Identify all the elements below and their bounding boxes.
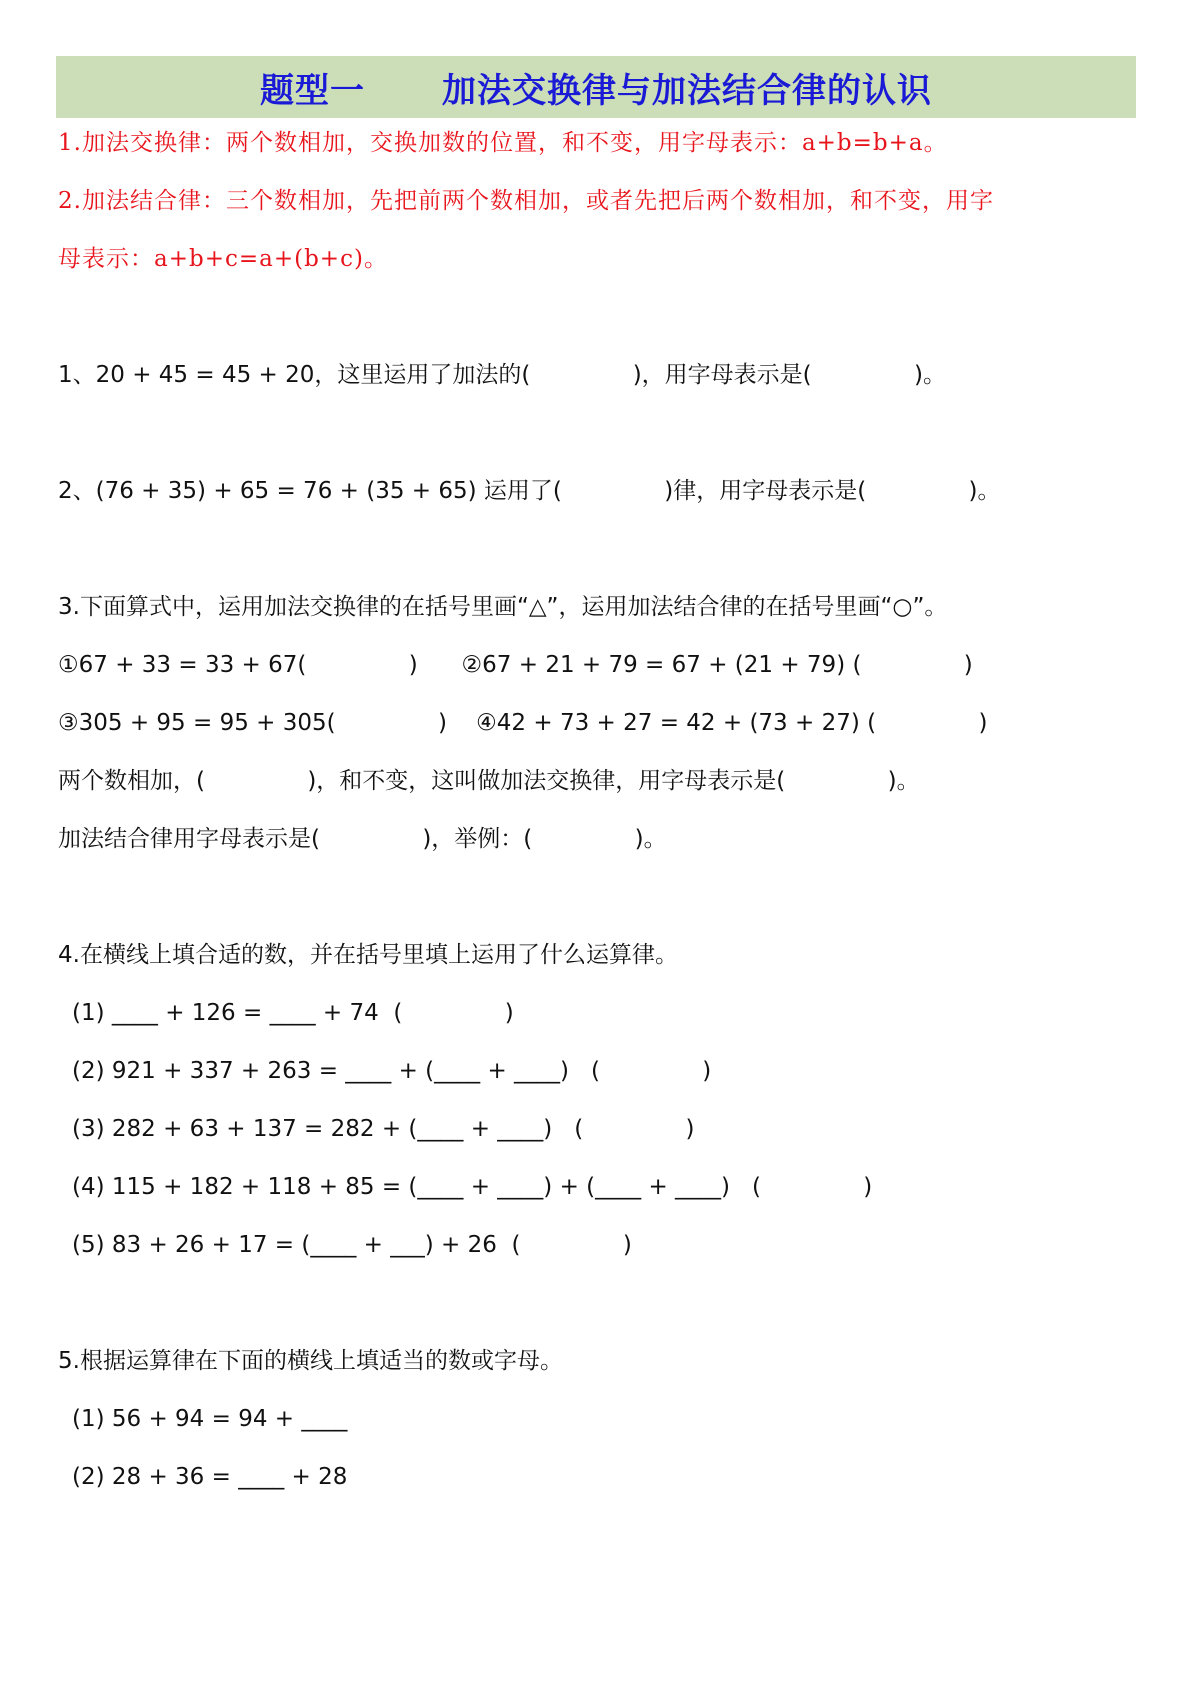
question-1: 1、20 + 45 = 45 + 20，这里运用了加法的( )，用字母表示是( … bbox=[58, 360, 946, 390]
question-4-item: (2) 921 + 337 + 263 = ____ + (____ + ___… bbox=[72, 1056, 711, 1086]
question-4-prompt: 4.在横线上填合适的数，并在括号里填上运用了什么运算律。 bbox=[58, 940, 678, 970]
question-3-row-1: ①67 + 33 = 33 + 67( ) ②67 + 21 + 79 = 67… bbox=[58, 650, 973, 680]
question-4-item: (4) 115 + 182 + 118 + 85 = (____ + ____)… bbox=[72, 1172, 872, 1202]
question-3-prompt: 3.下面算式中，运用加法交换律的在括号里画“△”，运用加法结合律的在括号里画“○… bbox=[58, 592, 947, 622]
theory-associative-line2: 母表示：a+b+c=a+(b+c)。 bbox=[58, 244, 388, 274]
theory-associative-line1: 2.加法结合律：三个数相加，先把前两个数相加，或者先把后两个数相加，和不变，用字 bbox=[58, 186, 994, 216]
question-3-fill-1: 两个数相加，( )，和不变，这叫做加法交换律，用字母表示是( )。 bbox=[58, 766, 920, 796]
section-title-bar: 题型一 加法交换律与加法结合律的认识 bbox=[56, 56, 1136, 118]
question-5-prompt: 5.根据运算律在下面的横线上填适当的数或字母。 bbox=[58, 1346, 563, 1376]
question-4-item: (5) 83 + 26 + 17 = (____ + ___) + 26 ( ) bbox=[72, 1230, 632, 1260]
question-4-item: (3) 282 + 63 + 137 = 282 + (____ + ____)… bbox=[72, 1114, 695, 1144]
question-4-item: (1) ____ + 126 = ____ + 74 ( ) bbox=[72, 998, 514, 1028]
question-3-row-2: ③305 + 95 = 95 + 305( ) ④42 + 73 + 27 = … bbox=[58, 708, 987, 738]
question-5-item: (1) 56 + 94 = 94 + ____ bbox=[72, 1404, 347, 1434]
section-topic: 加法交换律与加法结合律的认识 bbox=[442, 63, 932, 112]
section-spacer bbox=[365, 67, 442, 107]
section-label: 题型一 bbox=[260, 63, 365, 112]
question-5-item: (2) 28 + 36 = ____ + 28 bbox=[72, 1462, 347, 1492]
question-2: 2、(76 + 35) + 65 = 76 + (35 + 65) 运用了( )… bbox=[58, 476, 1001, 506]
question-3-fill-2: 加法结合律用字母表示是( )，举例：( )。 bbox=[58, 824, 667, 854]
theory-commutative: 1.加法交换律：两个数相加，交换加数的位置，和不变，用字母表示：a+b=b+a。 bbox=[58, 128, 948, 158]
